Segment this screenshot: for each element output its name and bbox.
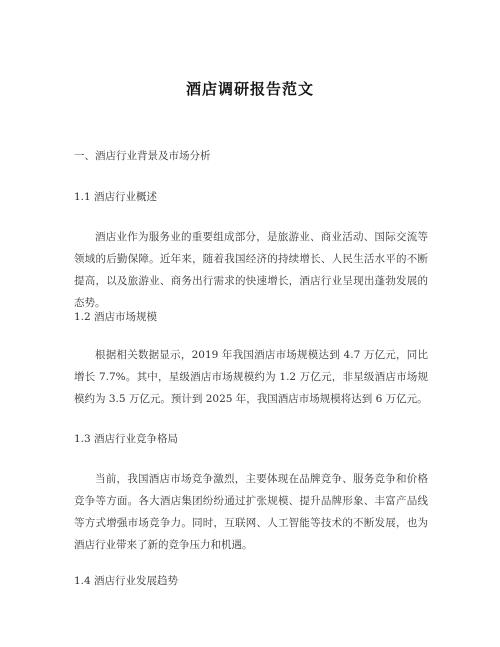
section-heading-1-1: 1.1 酒店行业概述 <box>74 189 157 204</box>
section-heading-1-3: 1.3 酒店行业竞争格局 <box>74 431 178 446</box>
section-heading-1-2: 1.2 酒店市场规模 <box>74 309 157 324</box>
paragraph-1-3: 当前，我国酒店市场竞争激烈，主要体现在品牌竞争、服务竞争和价格竞争等方面。各大酒… <box>74 468 428 556</box>
document-title: 酒店调研报告范文 <box>0 78 500 99</box>
paragraph-1-1: 酒店业作为服务业的重要组成部分，是旅游业、商业活动、国际交流等领域的后勤保障。近… <box>74 226 428 314</box>
paragraph-1-2: 根据相关数据显示，2019 年我国酒店市场规模达到 4.7 万亿元，同比增长 7… <box>74 344 428 410</box>
section-heading-1: 一、酒店行业背景及市场分析 <box>74 148 211 163</box>
section-heading-1-4: 1.4 酒店行业发展趋势 <box>74 573 178 588</box>
document-page: 酒店调研报告范文 一、酒店行业背景及市场分析 1.1 酒店行业概述 酒店业作为服… <box>0 0 500 647</box>
